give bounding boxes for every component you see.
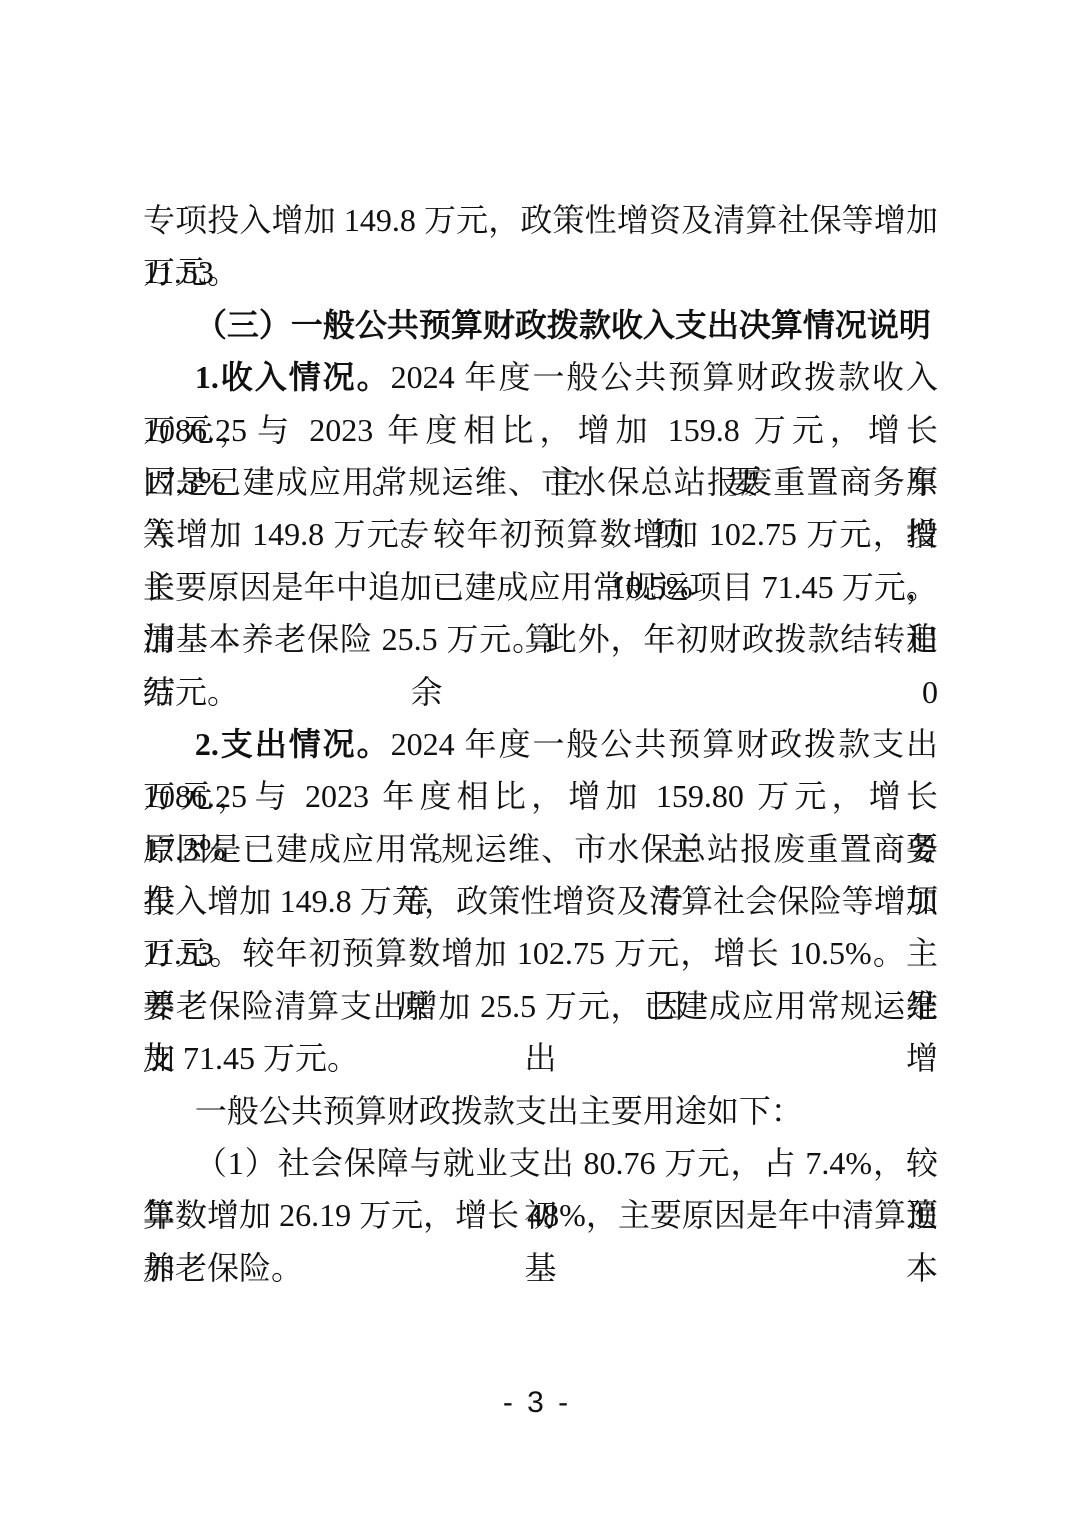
section-heading: （三）一般公共预算财政拨款收入支出决算情况说明 [143, 299, 938, 351]
text-line: 主要原因是年中追加已建成应用常规运项目 71.45 万元，清算追 [143, 561, 938, 613]
text-line: 原因是已建成应用常规运维、市水保总站报废重置商务车等专项 [143, 823, 938, 875]
page-number: - 3 - [0, 1386, 1074, 1420]
text-line: 加基本养老保险 25.5 万元。此外，年初财政拨款结转和结余 0 [143, 613, 938, 665]
text-line: 一般公共预算财政拨款支出主要用途如下： [143, 1085, 938, 1137]
text-line: 万元。 [143, 246, 938, 298]
paragraph-lead: 2.支出情况。 [195, 726, 391, 762]
text-line: 2.支出情况。2024 年度一般公共预算财政拨款支出 1086.25 [143, 718, 938, 770]
text-line: 万元。较年初预算数增加 102.75 万元，增长 10.5%。主要原因是 [143, 927, 938, 979]
text-line: 1.收入情况。2024 年度一般公共预算财政拨款收入 1086.25 [143, 351, 938, 403]
text-line: 因是已建成应用常规运维、市水保总站报废重置商务车等专项投 [143, 456, 938, 508]
text-line: 入增加 149.8 万元。较年初预算数增加 102.75 万元，增长 10.5%… [143, 508, 938, 560]
text-line: 投入增加 149.8 万元，政策性增资及清算社会保险等增加 11.53 [143, 875, 938, 927]
text-line: 万元，与 2023 年度相比，增加 159.80 万元，增长 17.3%。主要 [143, 770, 938, 822]
text-line: 养老保险清算支出增加 25.5 万元，已建成应用常规运维支出增 [143, 980, 938, 1032]
text-line: 算数增加 26.19 万元，增长 48%，主要原因是年中清算追加基本 [143, 1189, 938, 1241]
text-line: 专项投入增加 149.8 万元，政策性增资及清算社保等增加 11.53 [143, 194, 938, 246]
text-line: （1）社会保障与就业支出 80.76 万元，占 7.4%，较年初预 [143, 1137, 938, 1189]
text-line: 万元，与 2023 年度相比，增加 159.8 万元，增长 17.3%。主要原 [143, 404, 938, 456]
document-page: 专项投入增加 149.8 万元，政策性增资及清算社保等增加 11.53 万元。 … [0, 0, 1074, 1520]
paragraph-lead: 1.收入情况。 [195, 359, 391, 395]
document-body: 专项投入增加 149.8 万元，政策性增资及清算社保等增加 11.53 万元。 … [143, 194, 938, 1294]
